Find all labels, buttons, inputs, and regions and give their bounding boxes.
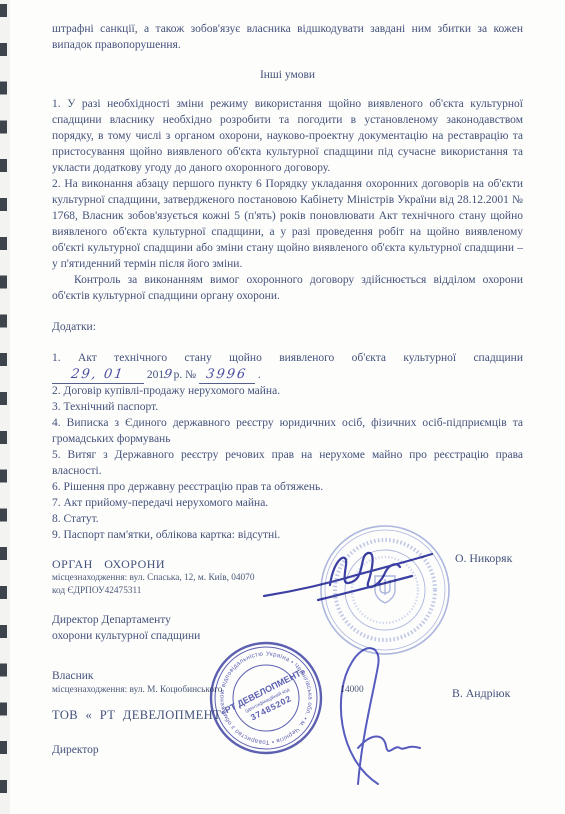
annex-item-1-dateline: 29, 01 2019р. № 3996 . <box>52 366 523 383</box>
annexes-title: Додатки: <box>52 319 523 335</box>
paragraph-sanctions: штрафні санкції, а також зобов'язує влас… <box>52 21 523 53</box>
owner-round-stamp: Україна • Чернігівська обл. • м. Чернігі… <box>201 633 331 763</box>
annex-item-4: 4. Виписка з Єдиного державного реєстру … <box>52 415 523 447</box>
authority-signer-name: О. Никоряк <box>455 551 512 566</box>
owner-address-left: місцезнаходження: вул. М. Коцюбинського <box>52 685 222 695</box>
owner-signature <box>320 636 442 788</box>
section-title: Інші умови <box>52 67 523 83</box>
annex-item-2: 2. Договір купівлі-продажу нерухомого ма… <box>52 383 523 399</box>
annex-item-5: 5. Витяг з Державного реєстру речових пр… <box>52 447 523 479</box>
owner-signer-name: В. Андріюк <box>452 686 510 701</box>
paragraph-control: Контроль за виконанням вимог охоронного … <box>52 272 523 304</box>
annex-item-3: 3. Технічний паспорт. <box>52 399 523 415</box>
date-underline: 29, 01 <box>52 367 144 384</box>
year-printed: 201 <box>147 369 164 381</box>
year-suffix: р. № <box>174 369 196 381</box>
authority-signature <box>260 540 438 618</box>
annex-item-7: 7. Акт прийому-передачі нерухомого майна… <box>52 495 523 511</box>
dateline-period: . <box>258 369 261 381</box>
annex-item-6: 6. Рішення про державну реєстрацію прав … <box>52 479 523 495</box>
handwritten-date: 29, 01 <box>70 367 126 383</box>
number-underline: 3996 <box>199 367 255 384</box>
scanned-document-page: штрафні санкції, а також зобов'язує влас… <box>0 0 565 814</box>
paragraph-1: 1. У разі необхідності зміни режиму вико… <box>52 96 523 176</box>
annex-item-1: 1. Акт технічного стану щойно виявленого… <box>52 350 523 366</box>
handwritten-number: 3996 <box>205 367 248 383</box>
paragraph-2: 2. На виконання абзацу першого пункту 6 … <box>52 176 523 272</box>
